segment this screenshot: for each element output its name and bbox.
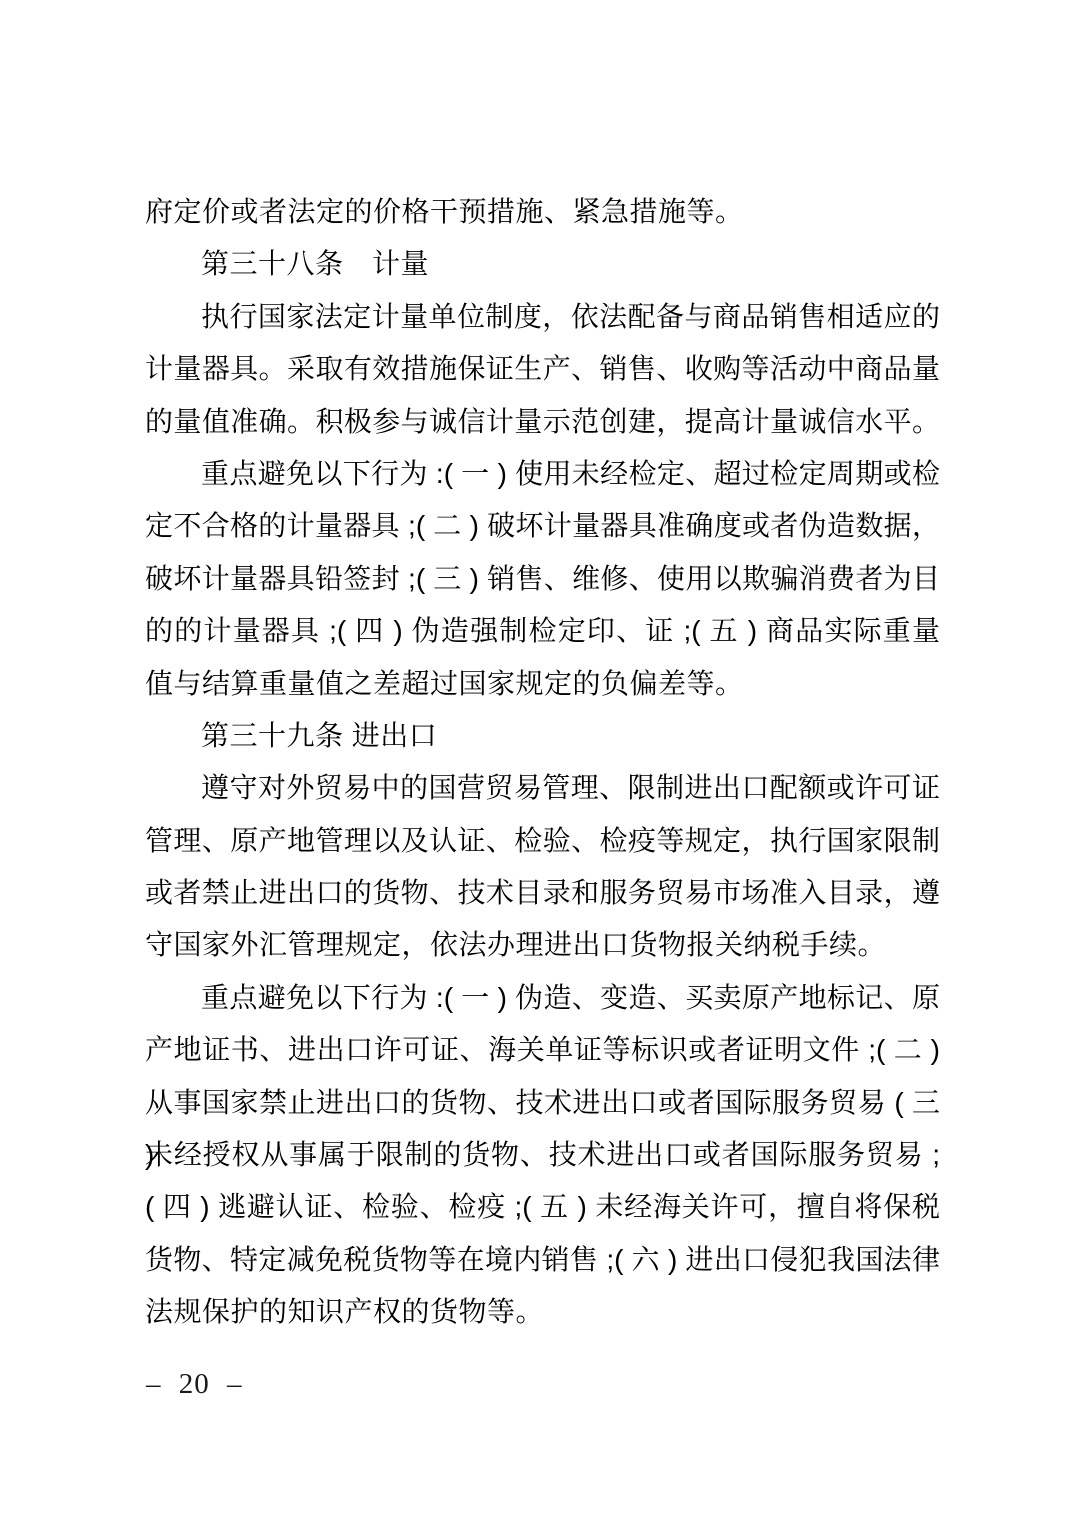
document-page: 府定价或者法定的价格干预措施、紧急措施等。第三十八条 计量执行国家法定计量单位制… — [0, 0, 1074, 1520]
page-number: – 20 – — [146, 1366, 243, 1402]
text-line: 的的计量器具 ;( 四 ) 伪造强制检定印、证 ;( 五 ) 商品实际重量 — [145, 605, 940, 657]
text-line: 府定价或者法定的价格干预措施、紧急措施等。 — [145, 186, 940, 238]
text-line: 货物、特定减免税货物等在境内销售 ;( 六 ) 进出口侵犯我国法律 — [145, 1234, 940, 1286]
text-line: 管理、原产地管理以及认证、检验、检疫等规定，执行国家限制 — [145, 815, 940, 867]
text-line: 计量器具。采取有效措施保证生产、销售、收购等活动中商品量 — [145, 343, 940, 395]
text-line: 破坏计量器具铅签封 ;( 三 ) 销售、维修、使用以欺骗消费者为目 — [145, 553, 940, 605]
text-line: 或者禁止进出口的货物、技术目录和服务贸易市场准入目录，遵 — [145, 867, 940, 919]
text-line: 守国家外汇管理规定，依法办理进出口货物报关纳税手续。 — [145, 919, 940, 971]
document-body: 府定价或者法定的价格干预措施、紧急措施等。第三十八条 计量执行国家法定计量单位制… — [145, 186, 940, 1339]
text-line: 未经授权从事属于限制的货物、技术进出口或者国际服务贸易 ; — [145, 1129, 940, 1181]
text-line: 遵守对外贸易中的国营贸易管理、限制进出口配额或许可证 — [145, 762, 940, 814]
text-line: 产地证书、进出口许可证、海关单证等标识或者证明文件 ;( 二 ) — [145, 1024, 940, 1076]
text-line: 法规保护的知识产权的货物等。 — [145, 1286, 940, 1338]
text-line: 重点避免以下行为 :( 一 ) 使用未经检定、超过检定周期或检 — [145, 448, 940, 500]
article-heading: 第三十九条 进出口 — [145, 710, 940, 762]
text-line: 定不合格的计量器具 ;( 二 ) 破坏计量器具准确度或者伪造数据， — [145, 500, 940, 552]
article-heading: 第三十八条 计量 — [145, 238, 940, 290]
text-line: 值与结算重量值之差超过国家规定的负偏差等。 — [145, 658, 940, 710]
text-line: 从事国家禁止进出口的货物、技术进出口或者国际服务贸易 ( 三 ) — [145, 1077, 940, 1129]
text-line: ( 四 ) 逃避认证、检验、检疫 ;( 五 ) 未经海关许可，擅自将保税 — [145, 1181, 940, 1233]
text-line: 重点避免以下行为 :( 一 ) 伪造、变造、买卖原产地标记、原 — [145, 972, 940, 1024]
text-line: 的量值准确。积极参与诚信计量示范创建，提高计量诚信水平。 — [145, 396, 940, 448]
text-line: 执行国家法定计量单位制度，依法配备与商品销售相适应的 — [145, 291, 940, 343]
